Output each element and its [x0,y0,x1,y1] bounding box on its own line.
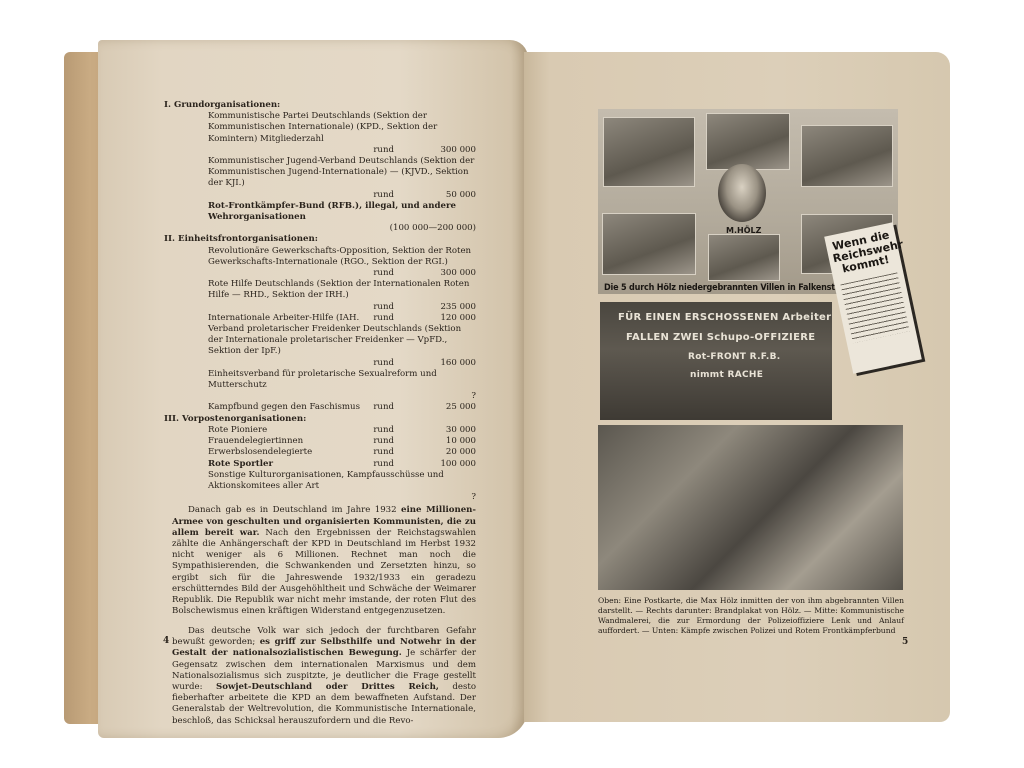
left-page-text: I. Grundorganisationen: Kommunistische P… [172,100,476,735]
section-heading: III. Vorpostenorganisationen: [164,414,476,425]
villa-image [602,213,696,275]
villa-image [706,113,790,170]
section-grundorganisationen: I. Grundorganisationen: Kommunistische P… [172,100,476,234]
section-vorpostenorganisationen: III. Vorpostenorganisationen: Rote Pioni… [172,414,476,504]
member-count: 10 000 [394,436,476,447]
member-count: 50 000 [394,190,476,201]
poster-body-text [840,272,909,343]
body-paragraph: Das deutsche Volk war sich jedoch der fu… [172,626,476,727]
member-count: 25 000 [394,402,476,413]
list-item: Revolutionäre Gewerkschafts-Opposition, … [208,246,476,280]
list-item: Rote Sportlerrund100 000 [208,459,476,470]
open-booklet: I. Grundorganisationen: Kommunistische P… [0,0,1024,768]
member-count: 30 000 [394,425,476,436]
list-item: Rote Pioniererund30 000 [208,425,476,436]
villa-image [603,117,695,187]
villa-image [801,125,893,187]
member-count: 300 000 [394,145,476,156]
member-count: 160 000 [394,358,476,369]
page-number: 4 [163,636,169,646]
member-count: 100 000 [394,459,476,470]
list-item: Internationale Arbeiter-Hilfe (IAH.)rund… [208,313,476,324]
villa-image [708,234,780,281]
list-item: Erwerbslosendelegierterund20 000 [208,447,476,458]
list-item: Rote Hilfe Deutschlands (Sektion der Int… [208,279,476,313]
member-count: 120 000 [394,313,476,324]
photo-caption-main: Oben: Eine Postkarte, die Max Hölz inmit… [598,596,904,636]
list-item: Kommunistischer Jugend-Verband Deutschla… [208,156,476,201]
member-count: ? [394,492,476,503]
section-heading: I. Grundorganisationen: [164,100,476,111]
list-item: Rot-Frontkämpfer-Bund (RFB.), illegal, u… [208,201,476,235]
member-count: 300 000 [394,268,476,279]
list-item: Sonstige Kulturorganisationen, Kampfauss… [208,470,476,504]
section-einheitsfrontorganisationen: II. Einheitsfrontorganisationen: Revolut… [172,234,476,413]
list-item: Einheitsverband für proletarische Sexual… [208,369,476,403]
member-count: (100 000—200 000) [356,223,476,234]
list-item: Kampfbund gegen den Faschismusrund25 000 [208,402,476,413]
page-number: 5 [902,637,908,647]
street-fight-photo [598,425,903,590]
photo-caption-villas: Die 5 durch Hölz niedergebrannten Villen… [604,283,844,293]
list-item: Frauendelegiertinnenrund10 000 [208,436,476,447]
body-paragraph: Danach gab es in Deutschland im Jahre 19… [172,505,476,617]
member-count: 20 000 [394,447,476,458]
wall-graffiti-photo: FÜR EINEN ERSCHOSSENEN Arbeiter FALLEN Z… [600,302,832,420]
portrait-hoelz [718,164,766,222]
portrait-label: M.HÖLZ [726,226,761,235]
list-item: Verband proletarischer Freidenker Deutsc… [208,324,476,369]
section-heading: II. Einheitsfrontorganisationen: [164,234,476,245]
list-item: Kommunistische Partei Deutschlands (Sekt… [208,111,476,156]
member-count: ? [394,391,476,402]
member-count: 235 000 [394,302,476,313]
